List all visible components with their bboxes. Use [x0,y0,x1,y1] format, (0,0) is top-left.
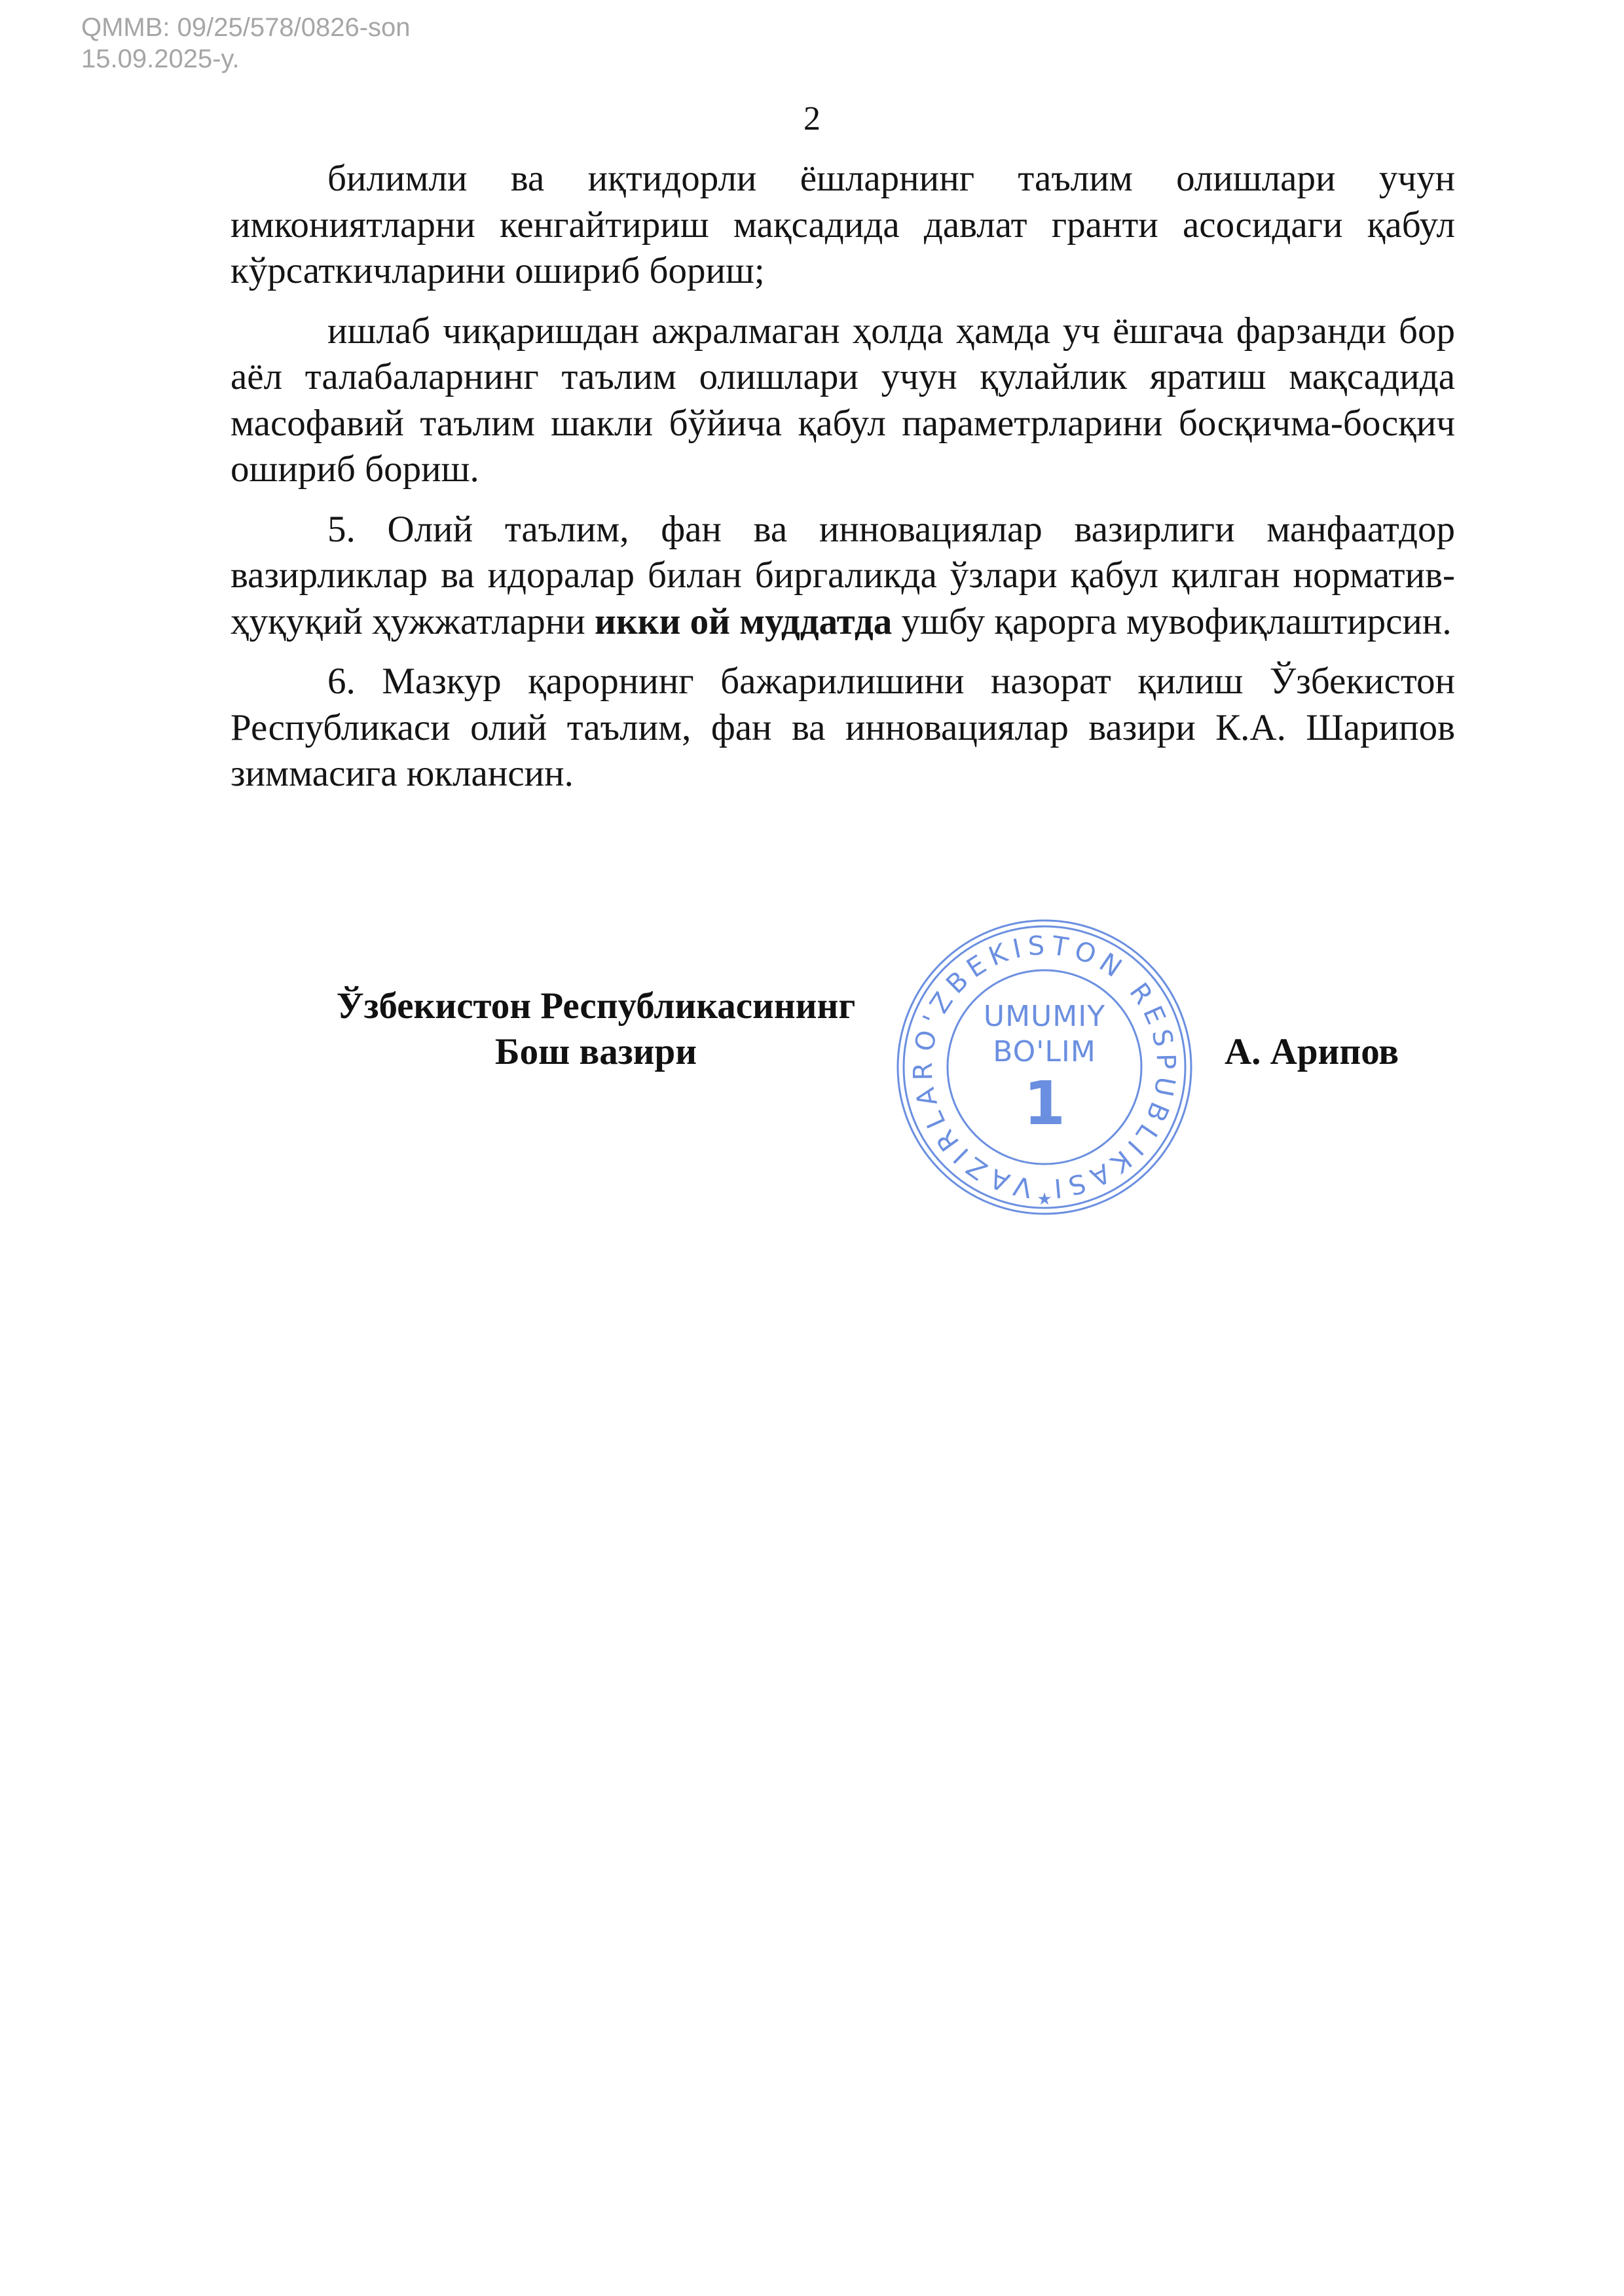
registration-number: QMMB: 09/25/578/0826-son [81,12,411,43]
seal-center-number: 1 [1024,1072,1065,1135]
document-body: билимли ва иқтидорли ёшларнинг таълим ол… [231,156,1455,811]
seal-center-line1: UMUMIY [984,999,1105,1034]
paragraph-grant-admission: билимли ва иқтидорли ёшларнинг таълим ол… [231,156,1455,295]
registration-date: 15.09.2025-y. [81,43,411,75]
item-5-deadline-bold: икки ой муддатда [595,601,892,642]
paragraph-distance-learning: ишлаб чиқаришдан ажралмаган ҳолда ҳамда … [231,308,1455,493]
registration-stamp: QMMB: 09/25/578/0826-son 15.09.2025-y. [81,12,411,75]
item-5-text-after: ушбу қарорга мувофиқлаштирсин. [892,601,1451,642]
page-number: 2 [0,100,1624,138]
signatory-name: А. Арипов [1225,1029,1399,1075]
paragraph-item-5: 5. Олий таълим, фан ва инновациялар вази… [231,507,1455,646]
signatory-title-line2: Бош вазири [308,1029,884,1075]
seal-center-line2: BO'LIM [993,1034,1096,1070]
seal-center: UMUMIY BO'LIM 1 [894,917,1195,1218]
signatory-title-line1: Ўзбекистон Республикасининг [308,983,884,1029]
signatory-title: Ўзбекистон Республикасининг Бош вазири [308,983,884,1075]
paragraph-item-6: 6. Мазкур қарорнинг бажарилишини назорат… [231,659,1455,797]
